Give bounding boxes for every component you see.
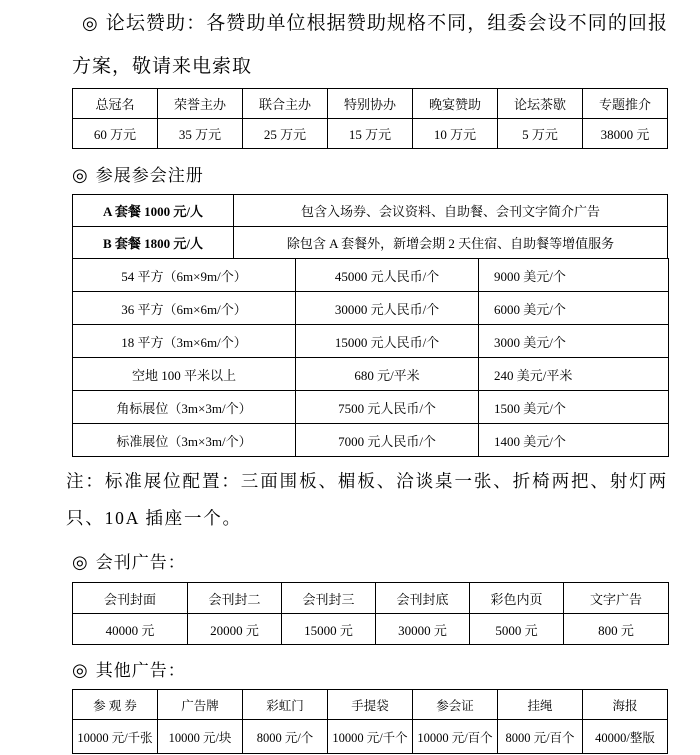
booth-cny-cell: 680 元/平米 <box>296 358 479 391</box>
double-circle-bullet-icon: ◎ <box>72 165 96 185</box>
table-row: 标准展位（3m×3m/个） 7000 元人民币/个 1400 美元/个 <box>73 424 669 457</box>
header-cell: 参会证 <box>413 690 498 720</box>
header-cell: 广告牌 <box>158 690 243 720</box>
price-cell: 40000/整版 <box>583 720 668 754</box>
header-cell: 晚宴赞助 <box>413 89 498 119</box>
header-cell: 挂绳 <box>498 690 583 720</box>
table-row: 总冠名 荣誉主办 联合主办 特别协办 晚宴赞助 论坛茶歇 专题推介 <box>73 89 668 119</box>
header-cell: 总冠名 <box>73 89 158 119</box>
table-row: 40000 元 20000 元 15000 元 30000 元 5000 元 8… <box>73 614 669 645</box>
double-circle-bullet-icon: ◎ <box>82 13 106 33</box>
price-cell: 40000 元 <box>73 614 188 645</box>
table-row: 18 平方（3m×6m/个） 15000 元人民币/个 3000 美元/个 <box>73 325 669 358</box>
price-cell: 800 元 <box>564 614 669 645</box>
journal-ads-table: 会刊封面 会刊封二 会刊封三 会刊封底 彩色内页 文字广告 40000 元 20… <box>72 582 669 645</box>
table-row: 54 平方（6m×9m/个） 45000 元人民币/个 9000 美元/个 <box>73 259 669 292</box>
price-cell: 35 万元 <box>158 119 243 149</box>
price-cell: 38000 元 <box>583 119 668 149</box>
booth-note: 注：标准展位配置：三面围板、楣板、洽谈桌一张、折椅两把、射灯两只、10A 插座一… <box>66 463 668 537</box>
package-desc-cell: 除包含 A 套餐外，新增会期 2 天住宿、自助餐等增值服务 <box>234 227 668 259</box>
package-label-cell: B 套餐 1800 元/人 <box>73 227 234 259</box>
registration-package-table: A 套餐 1000 元/人 包含入场券、会议资料、自助餐、会刊文字简介广告 B … <box>72 194 668 259</box>
price-cell: 15 万元 <box>328 119 413 149</box>
price-cell: 10000 元/块 <box>158 720 243 754</box>
header-cell: 特别协办 <box>328 89 413 119</box>
other-ads-table: 参 观 券 广告牌 彩虹门 手提袋 参会证 挂绳 海报 10000 元/千张 1… <box>72 689 668 754</box>
header-cell: 会刊封面 <box>73 583 188 614</box>
price-cell: 10 万元 <box>413 119 498 149</box>
document-content: ◎论坛赞助：各赞助单位根据赞助规格不同，组委会设不同的回报方案，敬请来电索取 总… <box>72 2 668 754</box>
header-cell: 会刊封三 <box>282 583 376 614</box>
section-title-text: 其他广告： <box>96 661 186 680</box>
header-cell: 海报 <box>583 690 668 720</box>
table-row: 10000 元/千张 10000 元/块 8000 元/个 10000 元/千个… <box>73 720 668 754</box>
price-cell: 20000 元 <box>188 614 282 645</box>
booth-usd-cell: 6000 美元/个 <box>479 292 669 325</box>
price-cell: 10000 元/百个 <box>413 720 498 754</box>
intro-text: 论坛赞助：各赞助单位根据赞助规格不同，组委会设不同的回报方案，敬请来电索取 <box>72 13 668 77</box>
price-cell: 25 万元 <box>243 119 328 149</box>
table-row: 角标展位（3m×3m/个） 7500 元人民币/个 1500 美元/个 <box>73 391 669 424</box>
table-row: 会刊封面 会刊封二 会刊封三 会刊封底 彩色内页 文字广告 <box>73 583 669 614</box>
header-cell: 论坛茶歇 <box>498 89 583 119</box>
table-row: 60 万元 35 万元 25 万元 15 万元 10 万元 5 万元 38000… <box>73 119 668 149</box>
booth-item-cell: 54 平方（6m×9m/个） <box>73 259 296 292</box>
section-title-text: 会刊广告： <box>96 553 186 572</box>
header-cell: 荣誉主办 <box>158 89 243 119</box>
table-row: 空地 100 平米以上 680 元/平米 240 美元/平米 <box>73 358 669 391</box>
price-cell: 30000 元 <box>376 614 470 645</box>
booth-item-cell: 空地 100 平米以上 <box>73 358 296 391</box>
intro-paragraph: ◎论坛赞助：各赞助单位根据赞助规格不同，组委会设不同的回报方案，敬请来电索取 <box>72 2 668 88</box>
table-row: B 套餐 1800 元/人 除包含 A 套餐外，新增会期 2 天住宿、自助餐等增… <box>73 227 668 259</box>
header-cell: 文字广告 <box>564 583 669 614</box>
booth-usd-cell: 240 美元/平米 <box>479 358 669 391</box>
section-title-text: 参展参会注册 <box>96 166 204 185</box>
price-cell: 15000 元 <box>282 614 376 645</box>
price-cell: 10000 元/千张 <box>73 720 158 754</box>
header-cell: 联合主办 <box>243 89 328 119</box>
booth-item-cell: 标准展位（3m×3m/个） <box>73 424 296 457</box>
header-cell: 手提袋 <box>328 690 413 720</box>
booth-cny-cell: 15000 元人民币/个 <box>296 325 479 358</box>
booth-usd-cell: 1500 美元/个 <box>479 391 669 424</box>
package-desc-cell: 包含入场券、会议资料、自助餐、会刊文字简介广告 <box>234 195 668 227</box>
booth-usd-cell: 9000 美元/个 <box>479 259 669 292</box>
header-cell: 参 观 券 <box>73 690 158 720</box>
price-cell: 10000 元/千个 <box>328 720 413 754</box>
document-page: ◎论坛赞助：各赞助单位根据赞助规格不同，组委会设不同的回报方案，敬请来电索取 总… <box>0 2 700 755</box>
table-row: 36 平方（6m×6m/个） 30000 元人民币/个 6000 美元/个 <box>73 292 669 325</box>
booth-cny-cell: 30000 元人民币/个 <box>296 292 479 325</box>
header-cell: 彩虹门 <box>243 690 328 720</box>
table-row: A 套餐 1000 元/人 包含入场券、会议资料、自助餐、会刊文字简介广告 <box>73 195 668 227</box>
booth-item-cell: 36 平方（6m×6m/个） <box>73 292 296 325</box>
price-cell: 5 万元 <box>498 119 583 149</box>
package-label-cell: A 套餐 1000 元/人 <box>73 195 234 227</box>
section-title-other-ads: ◎其他广告： <box>72 658 668 683</box>
price-cell: 60 万元 <box>73 119 158 149</box>
sponsorship-table: 总冠名 荣誉主办 联合主办 特别协办 晚宴赞助 论坛茶歇 专题推介 60 万元 … <box>72 88 668 149</box>
price-cell: 8000 元/百个 <box>498 720 583 754</box>
double-circle-bullet-icon: ◎ <box>72 552 96 572</box>
price-cell: 5000 元 <box>470 614 564 645</box>
header-cell: 会刊封底 <box>376 583 470 614</box>
table-row: 参 观 券 广告牌 彩虹门 手提袋 参会证 挂绳 海报 <box>73 690 668 720</box>
booth-item-cell: 角标展位（3m×3m/个） <box>73 391 296 424</box>
double-circle-bullet-icon: ◎ <box>72 660 96 680</box>
booth-cny-cell: 45000 元人民币/个 <box>296 259 479 292</box>
booth-item-cell: 18 平方（3m×6m/个） <box>73 325 296 358</box>
booth-usd-cell: 3000 美元/个 <box>479 325 669 358</box>
header-cell: 会刊封二 <box>188 583 282 614</box>
section-title-journal-ads: ◎会刊广告： <box>72 550 668 575</box>
booth-usd-cell: 1400 美元/个 <box>479 424 669 457</box>
booth-cny-cell: 7500 元人民币/个 <box>296 391 479 424</box>
price-cell: 8000 元/个 <box>243 720 328 754</box>
booth-cny-cell: 7000 元人民币/个 <box>296 424 479 457</box>
header-cell: 彩色内页 <box>470 583 564 614</box>
section-title-registration: ◎参展参会注册 <box>72 163 668 188</box>
header-cell: 专题推介 <box>583 89 668 119</box>
booth-price-table: 54 平方（6m×9m/个） 45000 元人民币/个 9000 美元/个 36… <box>72 258 669 457</box>
